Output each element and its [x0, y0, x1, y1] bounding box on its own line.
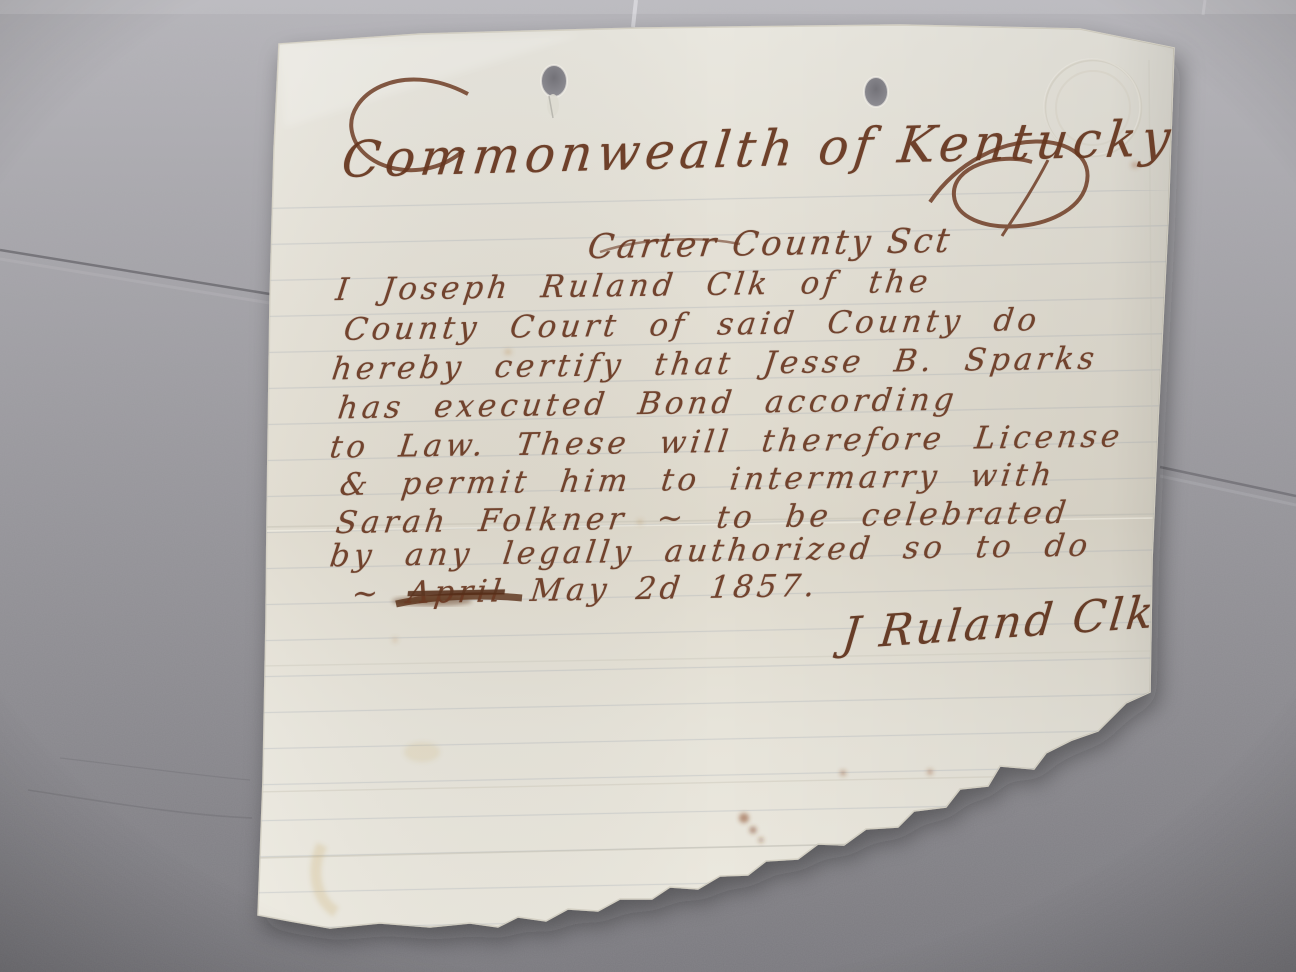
photo-top-flash [0, 0, 1296, 14]
date-text: May 2d 1857. [528, 568, 820, 609]
date-dash: ~ [350, 576, 384, 613]
photo-of-handwritten-document: Commonwealth of Kentucky Carter County S… [0, 0, 1296, 972]
county-line: Carter County Sct [586, 221, 955, 267]
struck-word: April [406, 573, 507, 611]
